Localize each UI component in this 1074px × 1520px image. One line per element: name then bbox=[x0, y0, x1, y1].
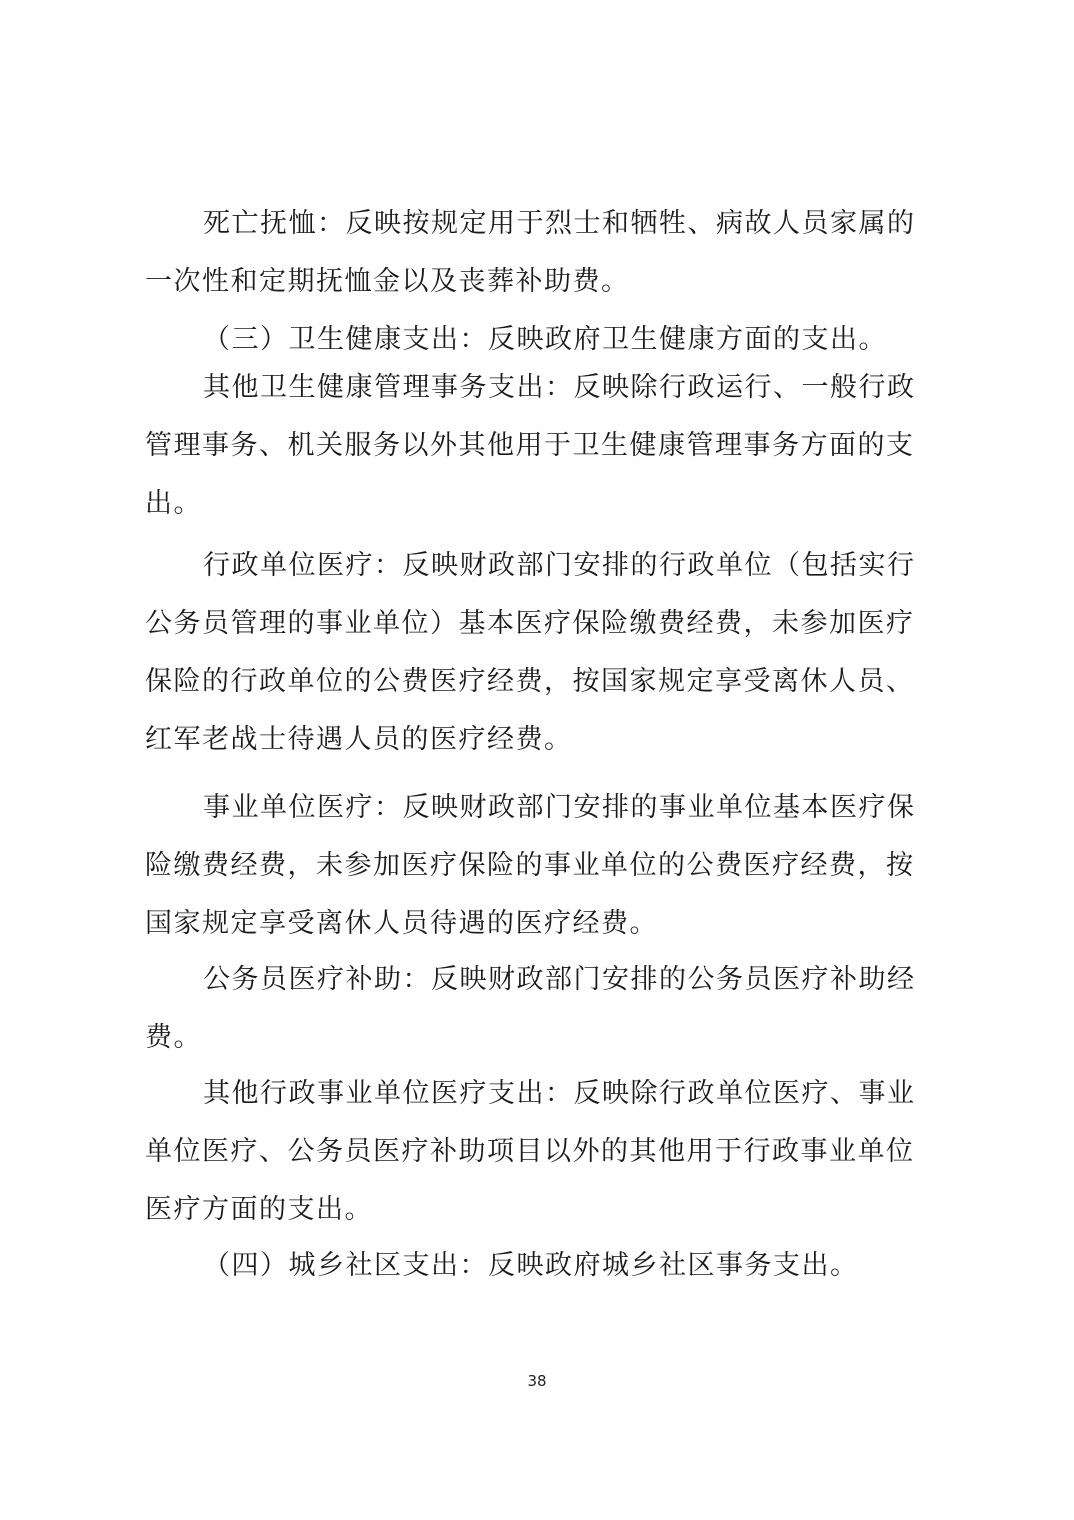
text-line: 一次性和定期抚恤金以及丧葬补助费。 bbox=[145, 264, 630, 300]
text-line: 死亡抚恤：反映按规定用于烈士和牺牲、病故人员家属的 bbox=[203, 206, 916, 242]
text-line: 医疗方面的支出。 bbox=[145, 1192, 373, 1228]
text-line: 红军老战士待遇人员的医疗经费。 bbox=[145, 722, 573, 758]
text-line: 其他卫生健康管理事务支出：反映除行政运行、一般行政 bbox=[203, 370, 916, 406]
text-line: 公务员医疗补助：反映财政部门安排的公务员医疗补助经 bbox=[203, 962, 916, 998]
text-line: （三）卫生健康支出：反映政府卫生健康方面的支出。 bbox=[203, 322, 887, 358]
text-line: 险缴费经费，未参加医疗保险的事业单位的公费医疗经费，按 bbox=[145, 848, 915, 884]
text-line: 费。 bbox=[145, 1020, 202, 1056]
text-line: 行政单位医疗：反映财政部门安排的行政单位（包括实行 bbox=[203, 548, 916, 584]
page-number: 38 bbox=[0, 1372, 1074, 1390]
text-line: 出。 bbox=[145, 486, 202, 522]
text-line: 事业单位医疗：反映财政部门安排的事业单位基本医疗保 bbox=[203, 790, 916, 826]
text-line: 国家规定享受离休人员待遇的医疗经费。 bbox=[145, 906, 658, 942]
text-line: 保险的行政单位的公费医疗经费，按国家规定享受离休人员、 bbox=[145, 664, 915, 700]
text-line: 公务员管理的事业单位）基本医疗保险缴费经费，未参加医疗 bbox=[145, 606, 915, 642]
text-line: 其他行政事业单位医疗支出：反映除行政单位医疗、事业 bbox=[203, 1076, 916, 1112]
text-line: 单位医疗、公务员医疗补助项目以外的其他用于行政事业单位 bbox=[145, 1134, 915, 1170]
text-line: 管理事务、机关服务以外其他用于卫生健康管理事务方面的支 bbox=[145, 428, 915, 464]
text-line: （四）城乡社区支出：反映政府城乡社区事务支出。 bbox=[203, 1248, 859, 1284]
